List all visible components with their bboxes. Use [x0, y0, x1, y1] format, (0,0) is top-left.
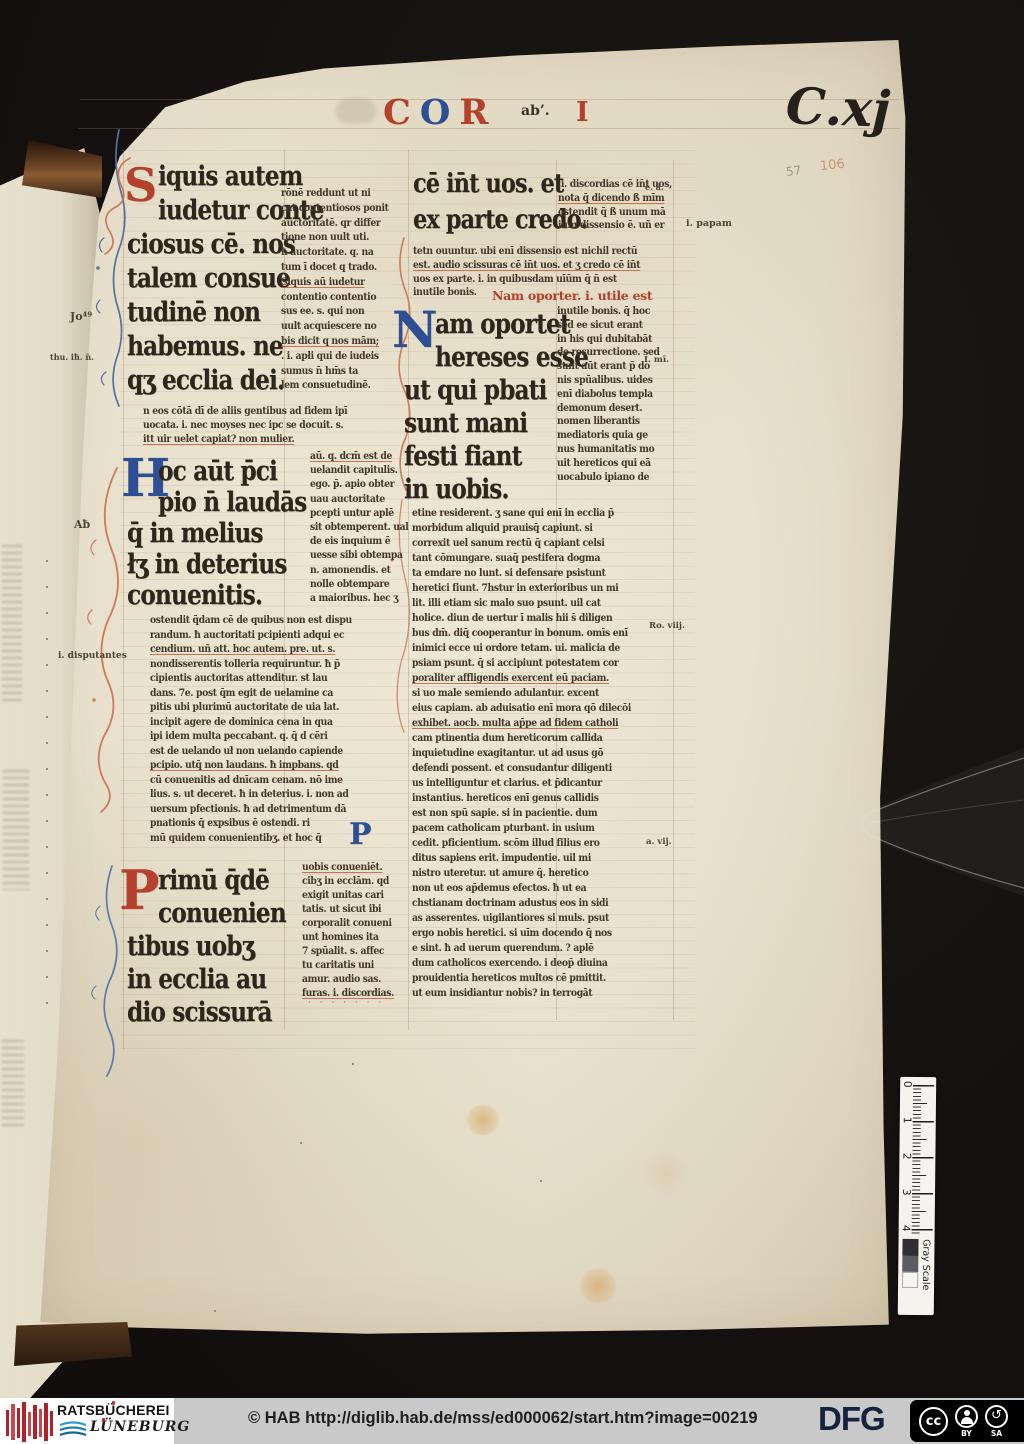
cc-by-group: BY	[955, 1405, 978, 1438]
gloss-col-a: rōnē reddunt ut nicat contentiosos ponit…	[281, 186, 405, 393]
credit-url: © HAB http://diglib.hab.de/mss/ed000062/…	[248, 1409, 758, 1428]
margin-note-left: Aƀ	[74, 518, 90, 531]
cc-icon: cc	[919, 1407, 948, 1436]
by-label: BY	[961, 1429, 972, 1438]
library-city: LÜNEBURG	[90, 1419, 190, 1435]
initial-P-gloss: P	[349, 817, 372, 852]
rubric-nam-heading: Nam oporter. i. utile est	[492, 288, 652, 303]
gray-patch-white	[902, 1272, 918, 1288]
margin-note-left: thu. iħ. n̄.	[50, 352, 94, 362]
gray-patch-mid	[902, 1256, 918, 1272]
sa-label: SA	[991, 1429, 1002, 1438]
manuscript-photo: C O R ab’. I C.xj 57 106 S iquis autemiu…	[0, 0, 1024, 1444]
stain	[579, 1268, 617, 1304]
cc-sa-group: ↺ SA	[985, 1405, 1008, 1438]
ruler-ticks-cm	[912, 1085, 935, 1235]
gloss-right-b: inutile bonis. q̄ hocsed ee sicut eranti…	[557, 305, 677, 484]
sa-arrow-icon: ↺	[985, 1405, 1008, 1428]
gray-scale-ruler: 0 1 2 3 4 Gray Scale	[898, 1077, 936, 1315]
by-person-icon	[955, 1405, 978, 1428]
rubric-dots: · · · · · · ·	[308, 998, 384, 1008]
ruler-number: 3	[900, 1189, 912, 1196]
margin-note-left: i. disputantes	[58, 651, 127, 661]
gloss-col-c: uobis conueniēt.cibʒ in ecclām. qdexigit…	[302, 860, 408, 1000]
credit-bar: RATSBÜCHEREI LÜNEBURG © HAB http://digli…	[0, 1398, 1024, 1444]
margin-note-right: Ro. viij.	[649, 621, 685, 631]
ruler-number: 4	[900, 1225, 912, 1232]
ruler-number: 0	[901, 1081, 913, 1088]
stain	[466, 1104, 500, 1136]
gloss-right-wide: etine residerent. ʒ sane qui enī in eccl…	[412, 506, 677, 1001]
stain	[640, 1150, 692, 1196]
gray-patch-dark	[902, 1239, 918, 1256]
gloss-col-b: aū. q. dcm̄ est deuelandit capitulis.ego…	[310, 449, 410, 605]
ruler-number: 1	[901, 1117, 913, 1124]
margin-note-right: a. vij.	[646, 837, 672, 847]
library-logo-panel: RATSBÜCHEREI LÜNEBURG	[0, 1398, 174, 1444]
margin-note-left: Jo⁴⁹	[70, 310, 92, 323]
umlaut-dot	[102, 1418, 105, 1422]
margin-note-right: i. papam	[686, 218, 732, 229]
lemma-primum-quidem: rimū q̄dēconuenientibus uobʒin ecclia au…	[127, 864, 312, 1029]
lemma-hoc-autem: oc aūt p̄cipio n̄ laudāsq̄ in meliusłʒ …	[127, 456, 336, 611]
cc-license-badge: cc BY ↺ SA	[910, 1400, 1024, 1442]
ruler-number: 2	[900, 1153, 912, 1160]
gray-scale-label: Gray Scale	[920, 1239, 932, 1295]
margin-note-right: ē. ā.	[645, 182, 664, 192]
dfg-logo: DFG	[818, 1400, 885, 1438]
gloss-wide-left: ostendit q̄dam cē de quibus non est disp…	[150, 613, 412, 845]
red-bars-logo-icon	[4, 1400, 58, 1444]
margin-note-right: I. mī.	[644, 355, 669, 365]
gloss-full-left-1: n eos cōtā dī de aliis gentibus ad fidem…	[143, 404, 408, 446]
book-fan-icon	[58, 1421, 88, 1439]
umlaut-dot	[112, 1401, 115, 1405]
